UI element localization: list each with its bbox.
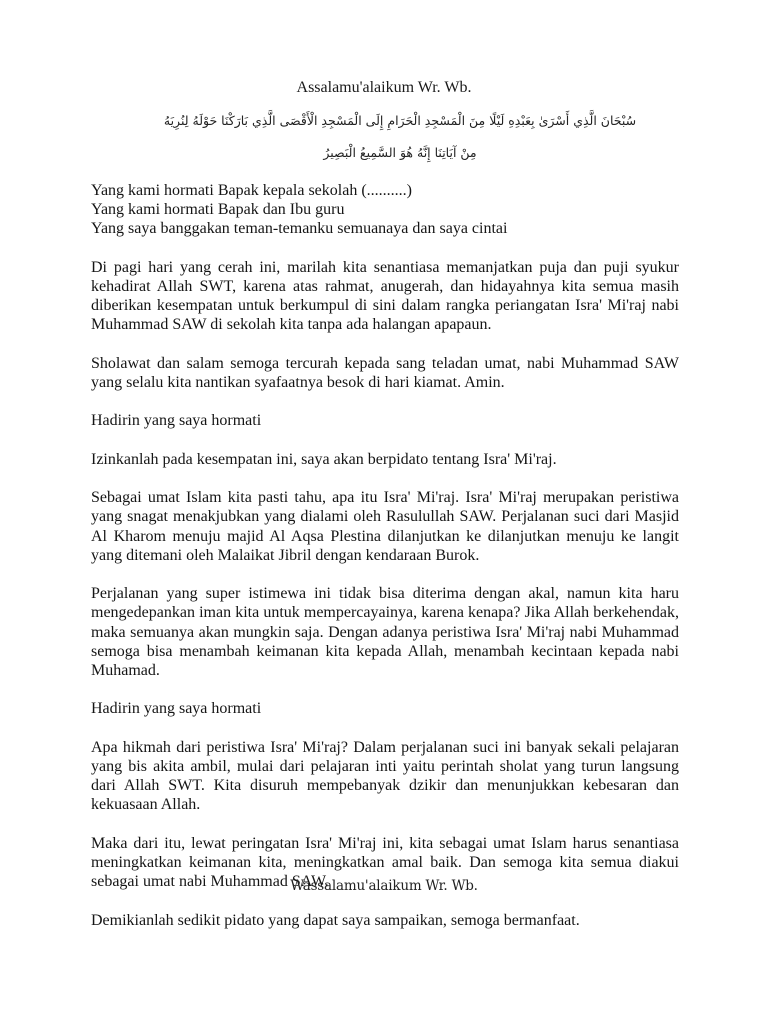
closing-greeting: Wassalamu'alaikum Wr. Wb. — [0, 877, 768, 895]
paragraph-address-audience: Hadirin yang saya hormati — [91, 699, 679, 718]
paragraph-faith: Perjalanan yang super istimewa ini tidak… — [91, 584, 679, 680]
paragraph-lessons: Apa hikmah dari peristiwa Isra' Mi'raj? … — [91, 738, 679, 815]
paragraph-opening-gratitude: Di pagi hari yang cerah ini, marilah kit… — [91, 258, 679, 335]
quran-verse-line-2: مِنْ آيَاتِنَا إِنَّهُ هُوَ السَّمِيعُ ا… — [120, 144, 680, 162]
address-line: Yang kami hormati Bapak dan Ibu guru — [91, 200, 679, 219]
address-line: Yang kami hormati Bapak kepala sekolah (… — [91, 181, 679, 200]
document-page: Assalamu'alaikum Wr. Wb. سُبْحَانَ الَّذ… — [0, 0, 768, 1024]
opening-greeting: Assalamu'alaikum Wr. Wb. — [0, 78, 768, 97]
address-line: Yang saya banggakan teman-temanku semuan… — [91, 219, 679, 238]
speech-body: Yang kami hormati Bapak kepala sekolah (… — [91, 181, 679, 949]
paragraph-isra-miraj-explanation: Sebagai umat Islam kita pasti tahu, apa … — [91, 488, 679, 565]
paragraph-sholawat: Sholawat dan salam semoga tercurah kepad… — [91, 354, 679, 392]
quran-verse-line-1: سُبْحَانَ الَّذِي أَسْرَىٰ بِعَبْدِهِ لَ… — [120, 112, 680, 130]
paragraph-closing-remark: Demikianlah sedikit pidato yang dapat sa… — [91, 911, 679, 930]
paragraph-topic-intro: Izinkanlah pada kesempatan ini, saya aka… — [91, 450, 679, 469]
paragraph-address-audience: Hadirin yang saya hormati — [91, 411, 679, 430]
